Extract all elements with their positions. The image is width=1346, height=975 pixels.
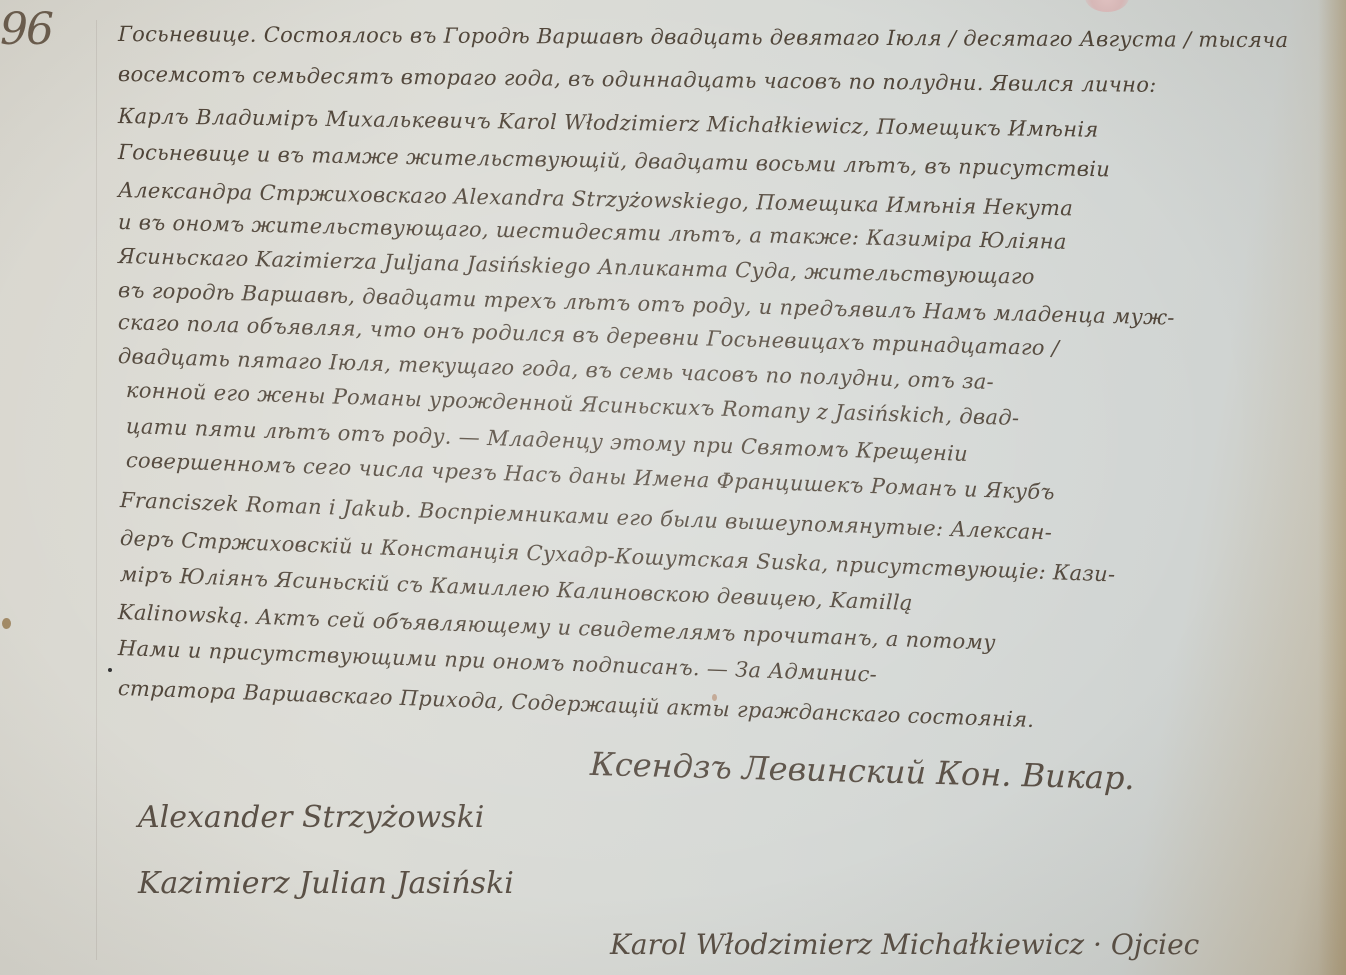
record-line-19: стратора Варшавскаго Прихода, Содержащій… [118, 676, 1035, 732]
record-line-4: Гоcьневице и въ тамже жительствующій, дв… [118, 140, 1110, 181]
entry-number: 96 [0, 4, 52, 55]
record-line-3: Карлъ Владиміръ Михалькевичъ Karol Włodz… [118, 104, 1099, 142]
record-line-2: восемсотъ семьдесятъ втораго года, въ од… [118, 62, 1157, 97]
margin-rule [96, 20, 97, 960]
page-edge [1318, 0, 1346, 975]
paper-stain [1085, 0, 1129, 12]
ink-spot [2, 618, 11, 629]
document-page: 96 Гоcьневице. Состоялось въ Городѣ Варш… [0, 0, 1346, 975]
ink-dot [108, 668, 112, 672]
witness-signature-1: Alexander Strzyżowski [138, 800, 484, 835]
father-signature: Karol Włodzimierz Michałkiewicz · Ojciec [610, 928, 1199, 961]
record-line-1: Гоcьневице. Состоялось въ Городѣ Варшавѣ… [118, 22, 1289, 52]
witness-signature-2: Kazimierz Julian Jasiński [138, 866, 514, 901]
official-signature: Ксендзъ Левинский Кон. Викар. [590, 745, 1136, 797]
